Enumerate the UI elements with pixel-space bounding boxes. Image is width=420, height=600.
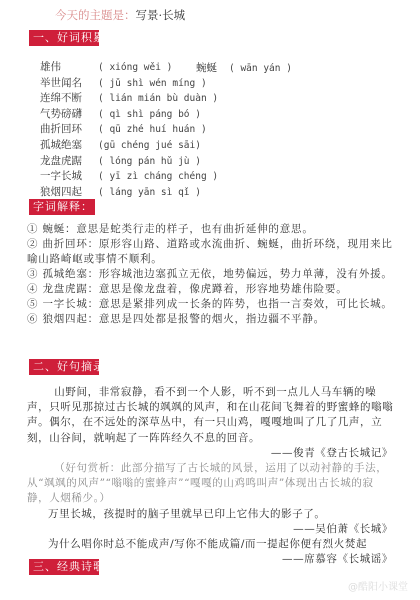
quote-attribution: ——吴伯萧《长城》 (27, 522, 395, 537)
vocab-list: 雄伟( xióng wěi ) 举世闻名( jǔ shì wén míng ) … (40, 60, 218, 200)
quotes-block: 山野间，非常寂静，看不到一个人影，听不到一点儿人马车辆的噪声，只听见那掠过古长城… (27, 385, 395, 567)
vocab-item: 曲折回环( qū zhé huí huán ) (40, 122, 218, 138)
topic-line: 今天的主题是：写景·长城 (55, 7, 185, 23)
quote-paragraph: 为什么唱你时总不能成声/写你不能成篇/而一提起你便有烈火焚起 (27, 537, 395, 552)
definition-item: ① 蜿蜒：意思是蛇类行走的样子，也有曲折延伸的意思。 (27, 222, 395, 237)
vocab-item: 龙盘虎踞( lóng pán hǔ jù ) (40, 154, 218, 170)
vocab-item: 举世闻名( jǔ shì wén míng ) (40, 76, 218, 92)
definition-item: ⑥ 狼烟四起：意思是四处都是报警的烟火，指边疆不平静。 (27, 312, 395, 327)
definition-item: ③ 孤城绝塞：形容城池边塞孤立无依，地势偏远，势力单薄，没有外援。 (27, 267, 395, 282)
section-header-classic-poems: 三、经典诗歌 (29, 559, 99, 575)
quote-paragraph: 山野间，非常寂静，看不到一个人影，听不到一点儿人马车辆的噪声，只听见那掠过古长城… (27, 385, 395, 446)
definition-item: ② 曲折回环：原形容山路、道路或水流曲折、蜿蜒，曲折环绕，现用来比喻山路崎岖或事… (27, 237, 395, 267)
section-header-good-sentences: 二、好句摘录 (29, 359, 99, 375)
quote-analysis: （好句赏析：此部分描写了古长城的风景，运用了以动衬静的手法，从“飒飒的风声”“嗡… (27, 461, 395, 507)
vocab-item: 孤城绝塞(gū chéng jué sāi) (40, 138, 218, 154)
quote-paragraph: 万里长城，孩提时的脑子里就早已印上它伟大的影子了。 (27, 507, 395, 522)
vocab-item: 连绵不断( lián mián bù duàn ) (40, 91, 218, 107)
section-header-good-words: 一、好词积累 (29, 30, 99, 46)
section-header-definitions: 字词解释： (29, 199, 95, 215)
vocab-item: 气势磅礴( qì shì páng bó ) (40, 107, 218, 123)
definitions-list: ① 蜿蜒：意思是蛇类行走的样子，也有曲折延伸的意思。 ② 曲折回环：原形容山路、… (27, 222, 395, 327)
definition-item: ⑤ 一字长城：意思是紧排列成一长条的阵势，也指一言奏效，可比长城。 (27, 297, 395, 312)
definition-item: ④ 龙盘虎踞：意思是像龙盘着，像虎蹲着，形容地势雄伟险要。 (27, 282, 395, 297)
vocab-item-right: 蜿蜒( wān yán ) (196, 60, 292, 75)
vocab-item: 狼烟四起( láng yān sì qǐ ) (40, 185, 218, 201)
vocab-item: 雄伟( xióng wěi ) (40, 60, 218, 76)
quote-attribution: ——俊青《登古长城记》 (27, 446, 395, 461)
vocab-item: 一字长城( yī zì cháng chéng ) (40, 169, 218, 185)
topic-label: 今天的主题是： (55, 8, 136, 22)
topic-value: 写景·长城 (136, 8, 186, 22)
watermark: @酷阳小课堂 (348, 578, 408, 593)
